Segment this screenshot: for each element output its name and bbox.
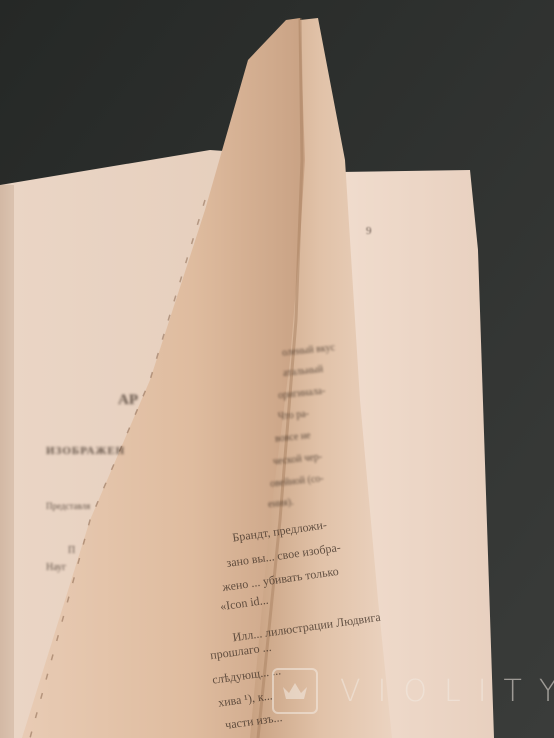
violity-watermark: VIOLITY (272, 666, 554, 716)
watermark-brand: VIOLITY (340, 674, 554, 709)
left-page-line: Науг (46, 562, 66, 573)
photo-scene: АР ИЗОБРАЖЕН Представля П Науг 9 оленый … (0, 0, 554, 738)
left-page-line: Представля (46, 501, 90, 511)
left-page-heading-1: АР (118, 392, 138, 409)
crown-icon (272, 668, 318, 714)
left-page-heading-2: ИЗОБРАЖЕН (46, 445, 125, 457)
left-page-line: П (68, 545, 75, 556)
page-number: 9 (366, 225, 372, 237)
